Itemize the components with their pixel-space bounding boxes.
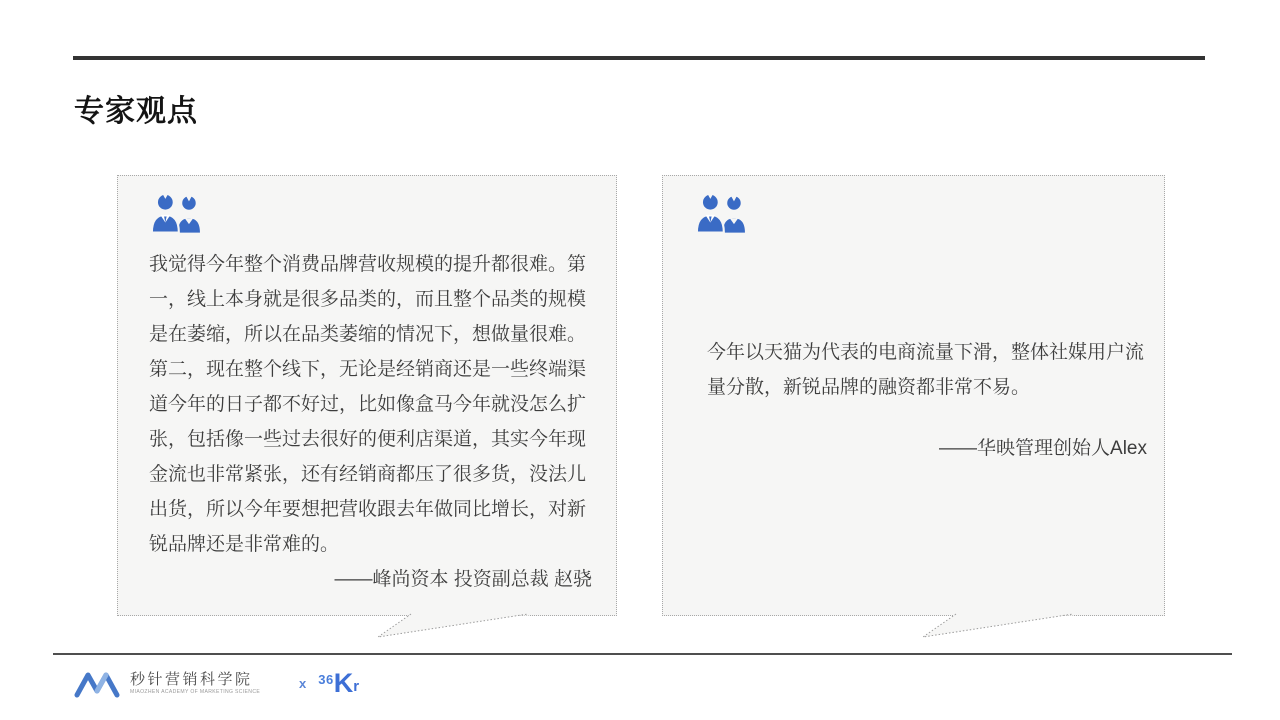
36kr-logo-k: K	[334, 671, 354, 695]
speech-bubble-tail	[376, 613, 546, 641]
footer-divider	[53, 653, 1232, 655]
36kr-logo-36: 36	[318, 672, 333, 687]
footer: 秒针营销科学院 MIAOZHEN ACADEMY OF MARKETING SC…	[74, 662, 359, 704]
people-icon	[151, 193, 205, 235]
36kr-logo-r: r	[353, 680, 359, 694]
miaozhen-brand-text: 秒针营销科学院 MIAOZHEN ACADEMY OF MARKETING SC…	[130, 671, 283, 696]
miaozhen-brand-subtext: MIAOZHEN ACADEMY OF MARKETING SCIENCE	[130, 688, 260, 695]
quote-card-right: 今年以天猫为代表的电商流量下滑，整体社媒用户流量分散，新锐品牌的融资都非常不易。…	[662, 175, 1165, 616]
quote-attribution: ——峰尚资本 投资副总裁 赵骁	[118, 562, 592, 597]
quote-text: 我觉得今年整个消费品牌营收规模的提升都很难。第一，线上本身就是很多品类的，而且整…	[149, 247, 595, 562]
quote-text: 今年以天猫为代表的电商流量下滑，整体社媒用户流量分散，新锐品牌的融资都非常不易。	[707, 335, 1159, 405]
people-icon	[696, 193, 750, 235]
36kr-logo: 36 K r	[318, 671, 359, 695]
miaozhen-brand-name: 秒针营销科学院	[130, 671, 283, 688]
quote-attribution: ——华映管理创始人Alex	[663, 431, 1147, 466]
speech-bubble-tail	[921, 613, 1091, 641]
collab-x-separator: x	[299, 676, 306, 691]
top-rule	[73, 56, 1205, 60]
page-title: 专家观点	[74, 86, 198, 130]
quote-card-left: 我觉得今年整个消费品牌营收规模的提升都很难。第一，线上本身就是很多品类的，而且整…	[117, 175, 617, 616]
miaozhen-logo-icon	[74, 667, 120, 699]
